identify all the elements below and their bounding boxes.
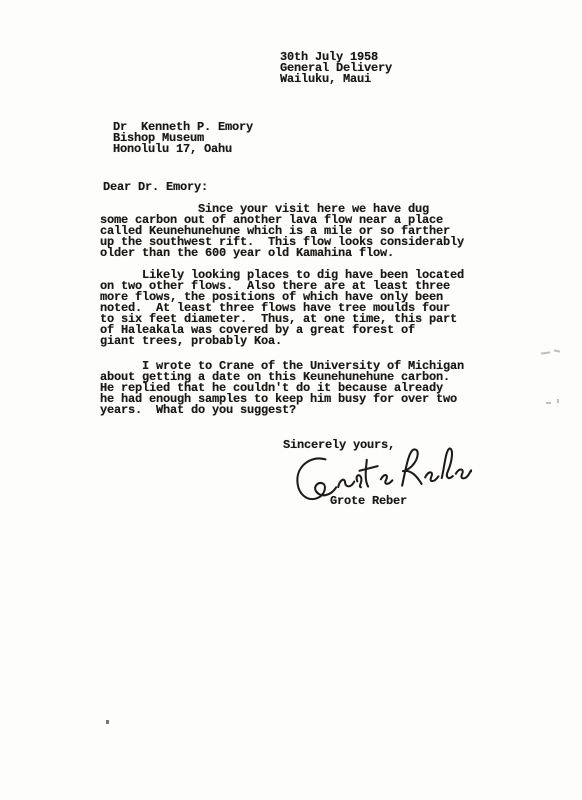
date-and-sender-address: 30th July 1958 General Delivery Wailuku,…: [280, 52, 392, 85]
recipient-address: Dr Kenneth P. Emory Bishop Museum Honolu…: [113, 122, 253, 155]
body-paragraph-3: I wrote to Crane of the University of Mi…: [100, 361, 464, 416]
scanned-letter-page: 30th July 1958 General Delivery Wailuku,…: [0, 0, 582, 800]
scan-speck: [546, 402, 551, 404]
scan-speck: [106, 720, 109, 724]
scan-speck: [554, 349, 560, 352]
salutation: Dear Dr. Emory:: [103, 182, 208, 193]
scan-speck: [557, 399, 559, 403]
scan-speck: [541, 351, 550, 354]
body-paragraph-2: Likely looking places to dig have been l…: [100, 270, 464, 347]
typed-signature-name: Grote Reber: [330, 496, 407, 507]
body-paragraph-1: Since your visit here we have dug some c…: [100, 204, 464, 259]
